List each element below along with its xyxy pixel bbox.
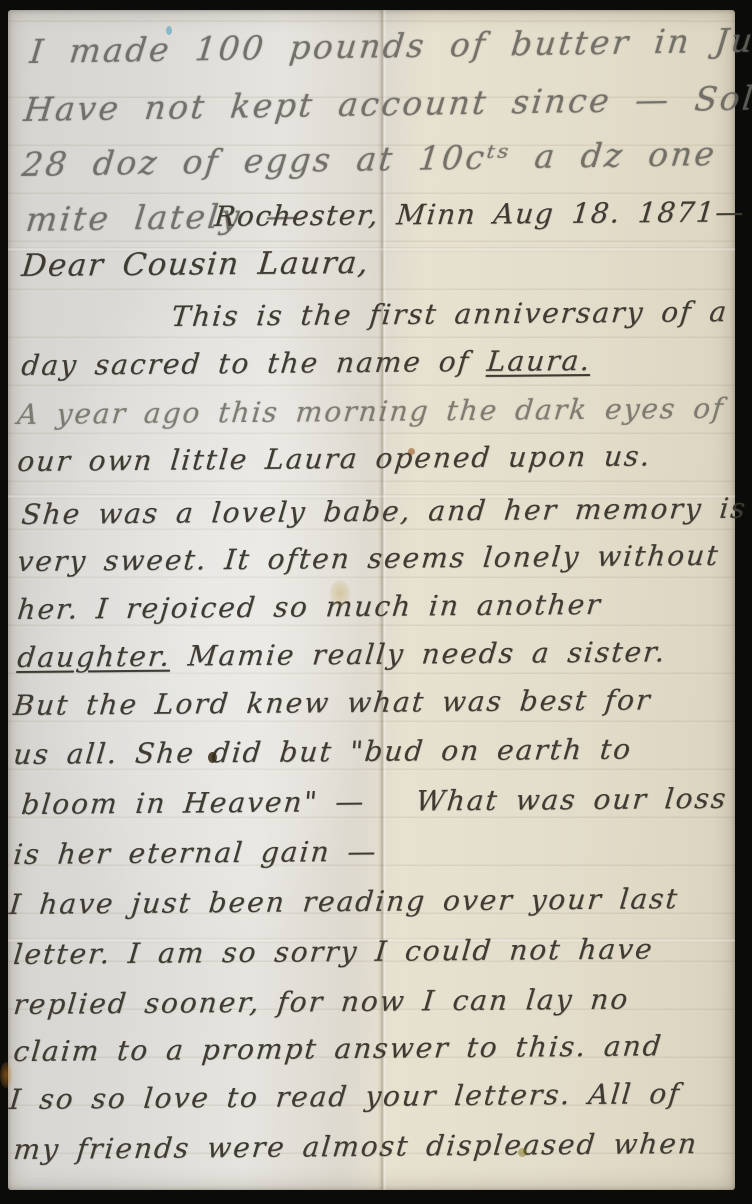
underlined-name: Laura. xyxy=(485,344,592,378)
letter-scan-page: { "scan": { "background_color": "#0b0b09… xyxy=(0,0,752,1204)
letter-line: daughter. Mamie really needs a sister. xyxy=(16,635,668,674)
letter-line: us all. She did but "bud on earth to xyxy=(12,733,634,771)
letter-line: replied sooner, for now I can lay no xyxy=(12,983,631,1021)
letter-line: I have just been reading over your last xyxy=(8,882,681,921)
letter-line: day sacred to the name of Laura. xyxy=(20,344,593,382)
stain-spot-dark xyxy=(208,752,217,763)
letter-line: our own little Laura opened upon us. xyxy=(16,439,653,478)
ink-speck-blue xyxy=(166,26,172,35)
letter-line: my friends were almost displeased when xyxy=(12,1127,700,1166)
underlined-word: daughter. xyxy=(16,640,173,674)
letter-line: But the Lord knew what was best for xyxy=(12,683,653,722)
letter-line: very sweet. It often seems lonely withou… xyxy=(16,539,721,578)
letter-line: She was a lovely babe, and her memory is xyxy=(20,492,749,531)
salutation: Dear Cousin Laura, xyxy=(20,245,371,284)
letter-line: letter. I am so sorry I could not have xyxy=(12,932,655,971)
dateline: Rochester, Minn Aug 18. 1871— xyxy=(213,195,747,233)
stain-spot-red xyxy=(408,448,415,455)
handwriting-layer: I made 100 pounds of butter in June Have… xyxy=(0,0,752,1204)
stain-spot-yellow xyxy=(330,580,350,606)
letter-line: I so so love to read your letters. All o… xyxy=(8,1077,682,1116)
letter-line: is her eternal gain — xyxy=(12,835,379,871)
stain-edge-orange xyxy=(0,1062,12,1088)
letter-line: claim to a prompt answer to this. and xyxy=(12,1029,664,1068)
letter-line: bloom in Heaven" — What was our loss xyxy=(20,782,729,821)
cross-writing-line: 28 doz of eggs at 10cᵗˢ a dz one xyxy=(20,134,719,184)
cross-writing-line: I made 100 pounds of butter in June xyxy=(28,20,752,71)
letter-line: her. I rejoiced so much in another xyxy=(16,588,603,626)
letter-line-text: Mamie really needs a sister. xyxy=(170,635,668,672)
cross-writing-line: Have not kept account since — Sold xyxy=(22,78,752,129)
letter-line-text: day sacred to the name of xyxy=(20,345,489,382)
letter-line: A year ago this morning the dark eyes of xyxy=(16,392,726,431)
stain-spot-olive xyxy=(518,1148,527,1157)
letter-line: This is the first anniversary of a xyxy=(170,295,730,333)
